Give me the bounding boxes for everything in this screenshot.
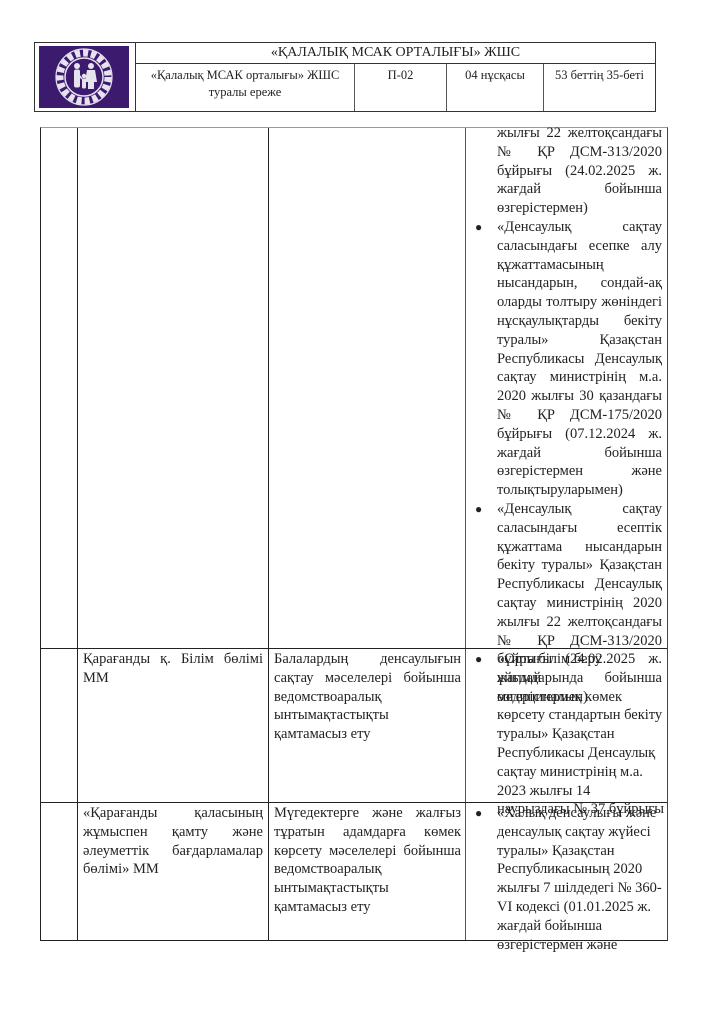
text-line: ынтымақтастықты xyxy=(274,706,461,725)
document-code: П-02 xyxy=(355,64,447,111)
text-line: бұйрығы (07.12.2024 ж. xyxy=(497,425,662,444)
text-line: қамтамасыз ету xyxy=(274,725,461,744)
text-line: сақтау министрінің м.а. xyxy=(497,368,662,387)
text-line: өзгерістермен және xyxy=(497,936,662,955)
text-line: құжаттамасының xyxy=(497,256,662,275)
bullet-icon: ● xyxy=(475,806,482,821)
text-line: бұйрығы (24.02.2025 ж. xyxy=(497,162,662,181)
text-line: VI кодексі (01.01.2025 ж. xyxy=(497,898,662,917)
document-name-line1: «Қалалық МСАК орталығы» ЖШС xyxy=(151,68,340,82)
text-line: № ҚР ДСМ-313/2020 xyxy=(497,143,662,162)
text-line: туралы» Қазақстан xyxy=(497,331,662,350)
text-line: ынтымақтастықты xyxy=(274,879,461,898)
text-line: № ҚР ДСМ-313/2020 xyxy=(497,632,662,651)
text-line: бекіту туралы» Қазақстан xyxy=(497,556,662,575)
text-line: ведомствоаралық xyxy=(274,688,461,707)
text-line: жағдай бойынша xyxy=(497,444,662,463)
org-title: «ҚАЛАЛЫҚ МСАК ОРТАЛЫҒЫ» ЖШС xyxy=(136,43,655,64)
family-wheel-logo-icon xyxy=(39,46,129,108)
text-line: сақтау министрінің м.а. xyxy=(497,763,662,782)
text-line: жағдай бойынша xyxy=(497,917,662,936)
text-line: туралы» Қазақстан xyxy=(497,725,662,744)
document-name-cell: «Қалалық МСАК орталығы» ЖШС туралы ереже xyxy=(136,64,355,111)
text-line: нұсқаулықтарды бекіту xyxy=(497,312,662,331)
text-line: Республикасының 2020 xyxy=(497,860,662,879)
bullet-icon: ● xyxy=(475,652,482,667)
legal-basis-item: «Халық денсаулығы жәнеденсаулық сақтау ж… xyxy=(497,804,662,954)
organization-cell: Қарағанды қ. Білім бөліміММ xyxy=(83,650,263,688)
text-line: саласындағы есепке алу xyxy=(497,237,662,256)
text-line: өзгерістермен) xyxy=(497,199,662,218)
text-line: ММ xyxy=(83,669,263,688)
bullet-icon: ● xyxy=(475,220,482,235)
text-line: Қарағанды қ. Білім бөлімі xyxy=(83,650,263,669)
text-line: «Денсаулық сақтау xyxy=(497,218,662,237)
text-line: «Денсаулық сақтау xyxy=(497,500,662,519)
text-line: жағдай бойынша xyxy=(497,180,662,199)
text-line: оларды толтыру жөніндегі xyxy=(497,293,662,312)
text-line: «Орта білім беру xyxy=(497,650,662,669)
text-line: көрсету мәселелері бойынша xyxy=(274,842,461,861)
text-line: саласындағы есептік xyxy=(497,519,662,538)
text-line: № ҚР ДСМ-175/2020 xyxy=(497,406,662,425)
text-line: Балалардың денсаулығын xyxy=(274,650,461,669)
text-line: құжаттама нысандарын xyxy=(497,538,662,557)
text-line: жұмыспен қамту және xyxy=(83,823,263,842)
document-version: 04 нұсқасы xyxy=(447,64,544,111)
text-line: «Қарағанды қаласының xyxy=(83,804,263,823)
text-line: тұратын адамдарға көмек xyxy=(274,823,461,842)
text-line: медициналық көмек xyxy=(497,688,662,707)
text-line: 2020 жылғы 30 қазандағы xyxy=(497,387,662,406)
text-line: Республикасы Денсаулық xyxy=(497,575,662,594)
text-line: сақтау мәселелері бойынша xyxy=(274,669,461,688)
text-line: толықтыруларымен) xyxy=(497,481,662,500)
column-divider xyxy=(77,128,78,940)
text-line: жылғы 22 желтоқсандағы xyxy=(497,613,662,632)
legal-basis-item: «Денсаулық сақтаусаласындағы есепке алуқ… xyxy=(497,218,662,500)
text-line: «Халық денсаулығы және xyxy=(497,804,662,823)
text-line: қамтамасыз ету xyxy=(274,898,461,917)
text-line: денсаулық сақтау жүйесі xyxy=(497,823,662,842)
header-meta-row: «Қалалық МСАК орталығы» ЖШС туралы ереже… xyxy=(136,64,655,111)
text-line: туралы» Қазақстан xyxy=(497,842,662,861)
text-line: бөлімі» ММ xyxy=(83,860,263,879)
column-divider xyxy=(268,128,269,940)
bullet-icon: ● xyxy=(475,502,482,517)
cooperation-purpose-cell: Балалардың денсаулығынсақтау мәселелері … xyxy=(274,650,461,744)
text-line: Мүгедектерге және жалғыз xyxy=(274,804,461,823)
text-line: ведомствоаралық xyxy=(274,860,461,879)
text-line: өзгерістермен және xyxy=(497,462,662,481)
text-line: әлеуметтік бағдарламалар xyxy=(83,842,263,861)
text-line: Республикасы Денсаулық xyxy=(497,350,662,369)
text-line: көрсету стандартын бекіту xyxy=(497,706,662,725)
text-line: жылғы 7 шілдедегі № 360- xyxy=(497,879,662,898)
regulations-table: жылғы 22 желтоқсандағы№ ҚР ДСМ-313/2020б… xyxy=(40,127,668,941)
text-line: ұйымдарында xyxy=(497,669,662,688)
text-line: 2023 жылғы 14 xyxy=(497,782,662,801)
document-header: «ҚАЛАЛЫҚ МСАК ОРТАЛЫҒЫ» ЖШС «Қалалық МСА… xyxy=(34,42,656,112)
column-divider xyxy=(465,128,466,940)
document-name-line2: туралы ереже xyxy=(209,85,282,99)
legal-basis-item: жылғы 22 желтоқсандағы№ ҚР ДСМ-313/2020б… xyxy=(497,124,662,218)
legal-basis-item: «Орта білім беруұйымдарындамедициналық к… xyxy=(497,650,662,819)
text-line: Республикасы Денсаулық xyxy=(497,744,662,763)
text-line: жылғы 22 желтоқсандағы xyxy=(497,124,662,143)
organization-cell: «Қарағанды қаласыныңжұмыспен қамту жәнеә… xyxy=(83,804,263,879)
cooperation-purpose-cell: Мүгедектерге және жалғызтұратын адамдарғ… xyxy=(274,804,461,917)
text-line: нысандарын, сондай-ақ xyxy=(497,274,662,293)
page-info: 53 беттің 35-беті xyxy=(544,64,655,111)
logo-cell xyxy=(35,43,136,111)
text-line: сақтау министрінің 2020 xyxy=(497,594,662,613)
